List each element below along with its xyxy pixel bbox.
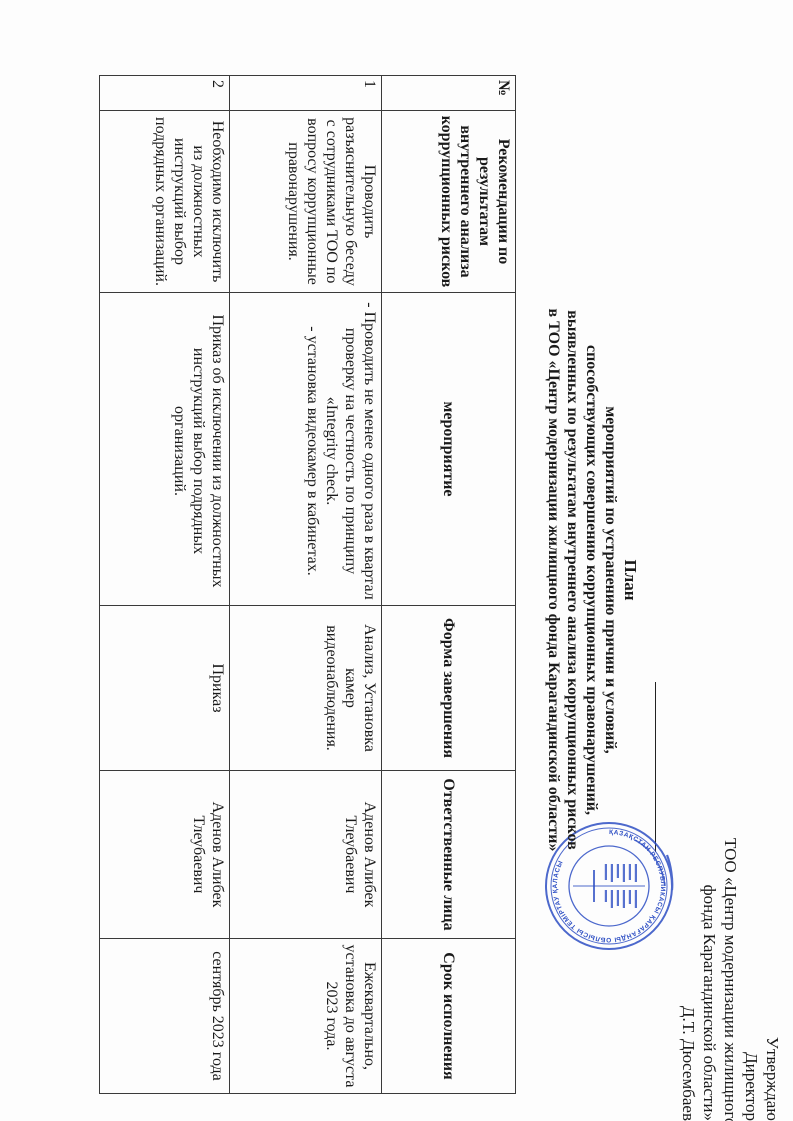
header-completion-form: Форма завершения bbox=[382, 606, 516, 771]
title-line: в ТОО «Центр модернизации жилищного фонд… bbox=[544, 230, 563, 930]
table-row: 1 Проводить разъяснительную беседу с сот… bbox=[230, 76, 382, 1094]
measures-table: № Рекомендации по результатам внутреннег… bbox=[99, 75, 516, 1094]
row-completion-form: Анализ, Установка камер видеонаблюдения. bbox=[230, 606, 382, 771]
row-completion-form: Приказ bbox=[100, 606, 230, 771]
row-deadline: Ежеквартально, установка до августа 2023… bbox=[230, 939, 382, 1094]
row-number: 1 bbox=[230, 76, 382, 111]
row-number: 2 bbox=[100, 76, 230, 111]
measure-line: - Проводить не менее одного раза в кварт… bbox=[322, 301, 379, 601]
approval-line: фонда Карагандинской области» bbox=[699, 838, 720, 1121]
header-deadline: Срок исполнения bbox=[382, 939, 516, 1094]
row-responsible: Аденов Алибек Тлеубаевич bbox=[100, 771, 230, 939]
row-responsible: Аденов Алибек Тлеубаевич bbox=[230, 771, 382, 939]
approval-signer: Д.Т. Дюсембаев bbox=[678, 838, 699, 1121]
measure-line: Приказ об исключении из должностных инст… bbox=[170, 301, 227, 601]
measure-line: - установка видеокамер в кабинетах. bbox=[303, 301, 322, 601]
header-number: № bbox=[382, 76, 516, 111]
approval-line: ТОО «Центр модернизации жилищного bbox=[720, 838, 741, 1121]
approval-block: Утверждаю Директор ТОО «Центр модернизац… bbox=[678, 838, 783, 1121]
header-recommendation: Рекомендации по результатам внутреннего … bbox=[382, 111, 516, 293]
title-line: способствующих совершению коррупционных … bbox=[582, 230, 601, 930]
table-row: 2 Необходимо исключить из должностных ин… bbox=[100, 76, 230, 1094]
row-measure: Приказ об исключении из должностных инст… bbox=[100, 293, 230, 606]
approval-line: Утверждаю bbox=[762, 838, 783, 1121]
header-responsible: Ответственные лица bbox=[382, 771, 516, 939]
row-deadline: сентябрь 2023 года bbox=[100, 939, 230, 1094]
title-line: выявленных по результатам внутреннего ан… bbox=[563, 230, 582, 930]
document-title: План мероприятий по устранению причин и … bbox=[544, 230, 640, 930]
header-measure: мероприятие bbox=[382, 293, 516, 606]
row-measure: - Проводить не менее одного раза в кварт… bbox=[230, 293, 382, 606]
row-recommendation: Необходимо исключить из должностных инст… bbox=[100, 111, 230, 293]
title-heading: План bbox=[621, 230, 640, 930]
table-header-row: № Рекомендации по результатам внутреннег… bbox=[382, 76, 516, 1094]
title-line: мероприятий по устранению причин и услов… bbox=[601, 230, 620, 930]
row-recommendation: Проводить разъяснительную беседу с сотру… bbox=[230, 111, 382, 293]
document-page: Утверждаю Директор ТОО «Центр модернизац… bbox=[0, 0, 793, 1121]
approval-line: Директор bbox=[741, 838, 762, 1121]
